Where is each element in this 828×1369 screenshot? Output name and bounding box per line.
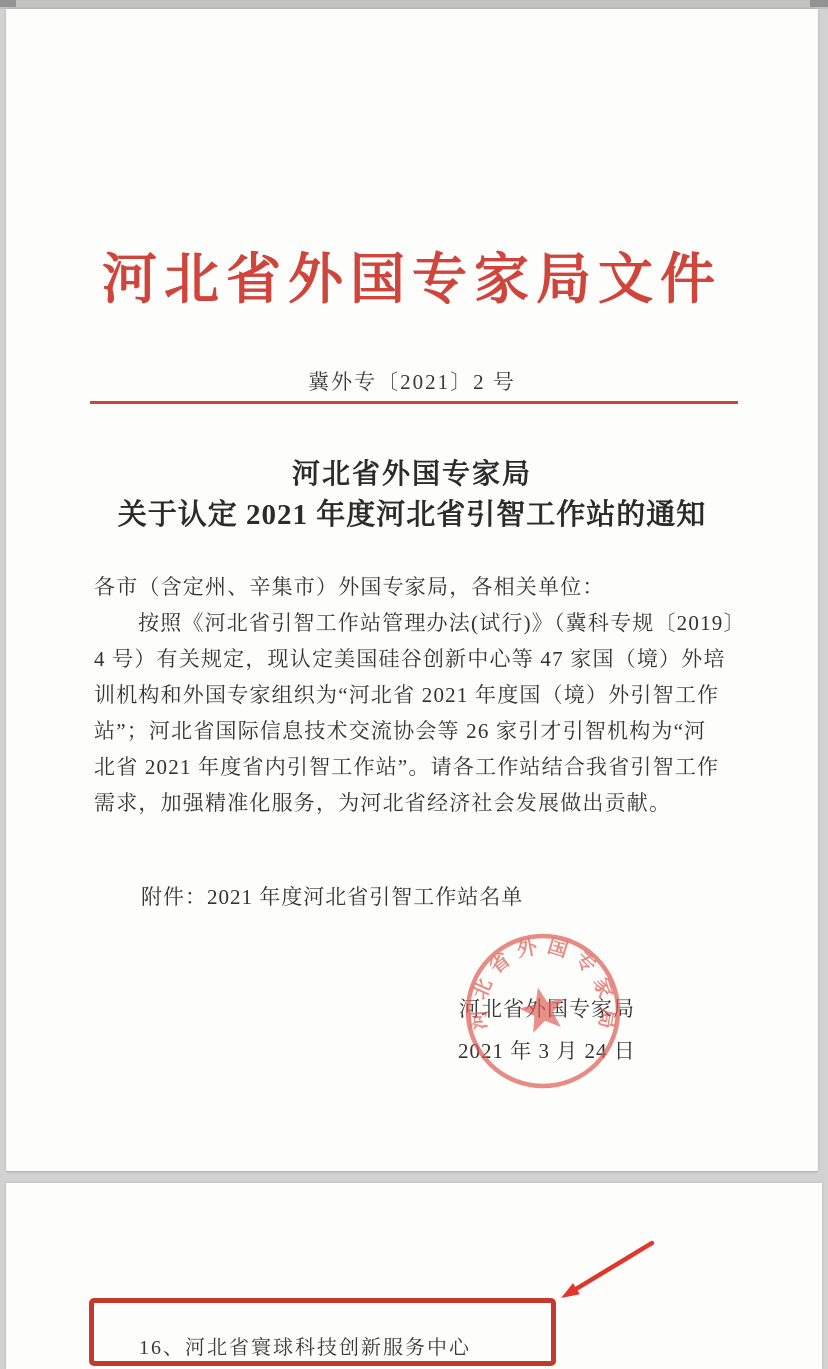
highlighted-list-item: 16、河北省寰球科技创新服务中心: [139, 1331, 471, 1360]
notice-body: 各市（含定州、辛集市）外国专家局，各相关单位： 按照《河北省引智工作站管理办法(…: [94, 569, 754, 821]
red-header-title: 河北省外国专家局文件: [6, 235, 818, 314]
red-divider-rule: [90, 401, 738, 404]
window-top-bar: [0, 0, 828, 9]
body-line: 训机构和外国专家组织为“河北省 2021 年度国（境）外引智工作: [94, 677, 754, 713]
body-line-salutation: 各市（含定州、辛集市）外国专家局，各相关单位：: [94, 569, 754, 605]
notice-title-line-2: 关于认定 2021 年度河北省引智工作站的通知: [6, 492, 818, 533]
notice-title-line-1: 河北省外国专家局: [6, 452, 818, 492]
document-number: 冀外专〔2021〕2 号: [6, 366, 818, 396]
red-arrow-annotation-icon: [546, 1223, 676, 1313]
top-right-corner-mark: [810, 0, 828, 7]
official-round-seal-stamp: 河北省外国专家局: [458, 926, 628, 1096]
top-left-corner-mark: [0, 0, 16, 7]
body-line: 按照《河北省引智工作站管理办法(试行)》（冀科专规〔2019〕: [94, 605, 754, 641]
seal-arc-text: 河北省外国专家局: [466, 934, 620, 1039]
body-line: 4 号）有关规定，现认定美国硅谷创新中心等 47 家国（境）外培: [94, 641, 754, 677]
svg-text:河北省外国专家局: 河北省外国专家局: [466, 934, 620, 1039]
document-page-2-attachment: 16、河北省寰球科技创新服务中心: [6, 1183, 822, 1369]
body-line: 北省 2021 年度省内引智工作站”。请各工作站结合我省引智工作: [94, 749, 754, 785]
attachment-reference: 附件：2021 年度河北省引智工作站名单: [141, 881, 523, 911]
document-page-1: 河北省外国专家局文件 冀外专〔2021〕2 号 河北省外国专家局 关于认定 20…: [6, 9, 818, 1172]
body-line: 需求，加强精准化服务，为河北省经济社会发展做出贡献。: [94, 785, 754, 821]
seal-star-icon: [516, 983, 570, 1035]
screenshot-root: { "document": { "agency_header": "河北省外国专…: [0, 0, 828, 1369]
body-line: 站”；河北省国际信息技术交流协会等 26 家引才引智机构为“河: [94, 713, 754, 749]
